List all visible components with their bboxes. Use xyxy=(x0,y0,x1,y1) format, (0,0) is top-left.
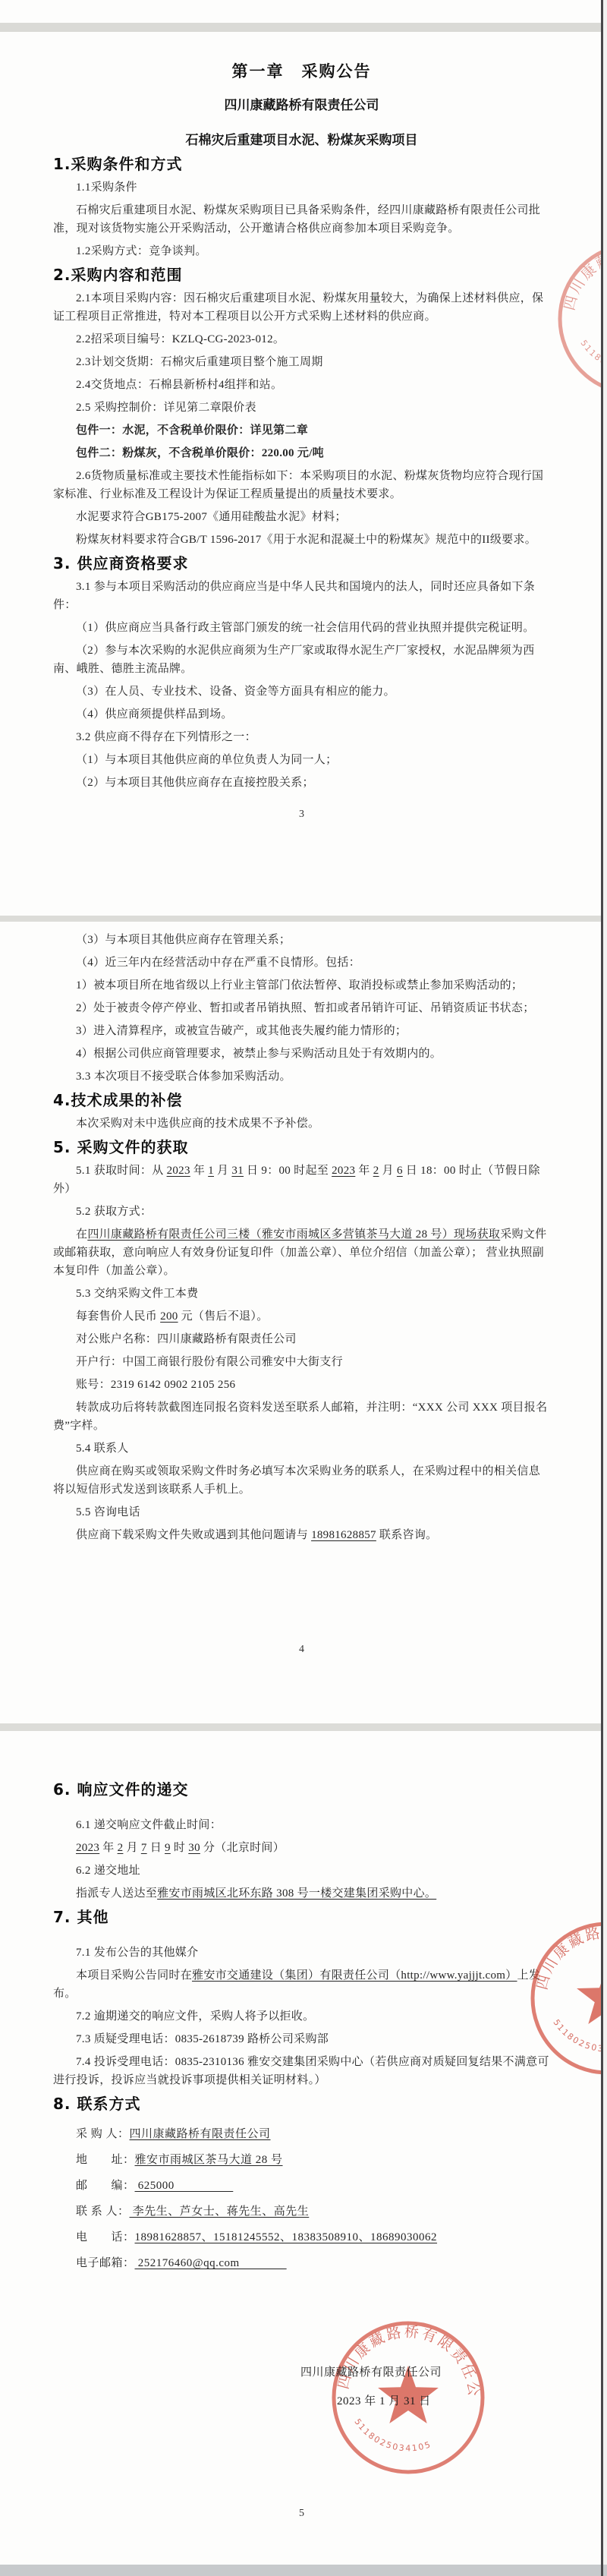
signature-company: 四川康藏路桥有限责任公司 xyxy=(300,2358,442,2387)
contact-line: 电子邮箱： 252176460@qq.com xyxy=(53,2253,550,2273)
text-segment: 3. 供应商资格要求 xyxy=(53,554,188,572)
text-segment: 2.6货物质量标准或主要技术性能指标如下：本采购项目的水泥、粉煤灰货物均应符合现… xyxy=(53,470,543,500)
text-segment: 7.1 发布公告的其他媒介 xyxy=(76,1947,198,1959)
paragraph: 7.1 发布公告的其他媒介 xyxy=(53,1944,550,1962)
section-heading: 4.技术成果的补偿 xyxy=(53,1090,550,1110)
text-segment: （3）与本项目其他供应商存在管理关系； xyxy=(76,934,291,946)
text-segment: 年 xyxy=(190,1165,208,1177)
text-segment: （1）与本项目其他供应商的单位负责人为同一人； xyxy=(76,754,337,766)
underlined-value: 1 xyxy=(208,1165,214,1177)
text-segment: 日 9：00 时起至 xyxy=(244,1165,332,1177)
paragraph: （1）供应商应当具备行政主管部门颁发的统一社会信用代码的营业执照并提供完税证明。 xyxy=(53,619,550,637)
page-number: 4 xyxy=(0,1644,603,1656)
section-heading: 1.采购条件和方式 xyxy=(53,154,550,174)
paragraph: 6.2 递交地址 xyxy=(53,1862,550,1880)
text-segment: 5.4 联系人 xyxy=(76,1442,129,1455)
scan-edge-line xyxy=(601,0,603,2576)
underlined-value: 2023 xyxy=(76,1842,99,1854)
paragraph: 5.4 联系人 xyxy=(53,1439,550,1458)
paragraph: 2.5 采购控制价：详见第二章限价表 xyxy=(53,399,550,417)
underlined-value: 2023 xyxy=(167,1165,190,1177)
paragraph: 5.2 获取方式： xyxy=(53,1203,550,1221)
contact-line: 采 购 人：四川康藏路桥有限责任公司 xyxy=(53,2124,550,2144)
text-segment: 转款成功后将转款截图连同报名资料发送至联系人邮箱，并注明：“XXX 公司 XXX… xyxy=(53,1402,547,1432)
text-segment: 月 xyxy=(379,1165,397,1177)
signature-date: 2023 年 1 月 31 日 xyxy=(300,2387,442,2416)
text-segment: 2）处于被责令停产停业、暂扣或者吊销执照、暂扣或者吊销许可证、吊销资质证书状态； xyxy=(76,1002,535,1014)
underlined-value: 18981628857 xyxy=(311,1529,376,1541)
paragraph: 2.3计划交货期：石棉灾后重建项目整个施工周期 xyxy=(53,353,550,371)
paragraph: 3.2 供应商不得存在下列情形之一： xyxy=(53,728,550,746)
text-segment: 年 xyxy=(355,1165,373,1177)
paragraph: 3.3 本次项目不接受联合体参加采购活动。 xyxy=(53,1067,550,1086)
paragraph: 每套售价人民币 200 元（售后不退）。 xyxy=(53,1307,550,1326)
text-segment: 8. 联系方式 xyxy=(53,2095,140,2113)
underlined-value: 雅安市雨城区北环东路 308 号一楼交建集团采购中心。 xyxy=(157,1887,436,1900)
paragraph: 3.1 参与本项目采购活动的供应商应当是中华人民共和国境内的法人，同时还应具备如… xyxy=(53,578,550,614)
paragraph: 账号：2319 6142 0902 2105 256 xyxy=(53,1376,550,1394)
contact-line: 地 址：雅安市雨城区茶马大道 28 号 xyxy=(53,2150,550,2170)
paragraph: 2）处于被责令停产停业、暂扣或者吊销执照、暂扣或者吊销许可证、吊销资质证书状态； xyxy=(53,999,550,1017)
paragraph: 转款成功后将转款截图连同报名资料发送至联系人邮箱，并注明：“XXX 公司 XXX… xyxy=(53,1398,550,1435)
text-segment: 3.1 参与本项目采购活动的供应商应当是中华人民共和国境内的法人，同时还应具备如… xyxy=(53,581,535,611)
text-segment: 地 址： xyxy=(76,2154,135,2166)
paragraph: 供应商在购买或领取采购文件时务必填写本次采购业务的联系人，在采购过程中的相关信息… xyxy=(53,1462,550,1499)
text-segment: 月 xyxy=(214,1165,231,1177)
paragraph: 对公账户名称：四川康藏路桥有限责任公司 xyxy=(53,1330,550,1348)
text-segment: 每套售价人民币 xyxy=(76,1310,160,1323)
paragraph: 开户行：中国工商银行股份有限公司雅安中大街支行 xyxy=(53,1353,550,1371)
text-segment: 电子邮箱： xyxy=(76,2257,135,2269)
paragraph: 包件一：水泥，不含税单价限价：详见第二章 xyxy=(53,421,550,440)
scanned-procurement-document: 第一章 采购公告四川康藏路桥有限责任公司石棉灾后重建项目水泥、粉煤灰采购项目1.… xyxy=(0,0,607,2576)
page-number: 5 xyxy=(0,2508,603,2520)
underlined-value: 9 xyxy=(165,1842,171,1854)
text-segment: 2.2招采项目编号：KZLQ-CG-2023-012。 xyxy=(76,333,285,345)
paragraph: 2.6货物质量标准或主要技术性能指标如下：本采购项目的水泥、粉煤灰货物均应符合现… xyxy=(53,467,550,503)
text-segment: 供应商下载采购文件失败或遇到其他问题请与 xyxy=(76,1529,311,1541)
paragraph: 本项目采购公告同时在雅安市交通建设（集团）有限责任公司（http://www.y… xyxy=(53,1966,550,2003)
text-segment: 第一章 采购公告 xyxy=(232,62,372,80)
text-segment: 220.00 元/吨 xyxy=(262,447,324,459)
text-segment: 电 话： xyxy=(76,2231,135,2243)
text-segment: 3）进入清算程序，或被宣告破产，或其他丧失履约能力情形的； xyxy=(76,1025,407,1037)
underlined-value: 6 xyxy=(397,1165,403,1177)
text-segment: 1.采购条件和方式 xyxy=(53,155,183,173)
text-segment: 1.1采购条件 xyxy=(76,181,137,194)
seal-serial-text: 5118025034105 xyxy=(551,2017,603,2054)
paragraph: 水泥要求符合GB175-2007《通用硅酸盐水泥》材料； xyxy=(53,508,550,526)
text-segment: 对公账户名称：四川康藏路桥有限责任公司 xyxy=(76,1333,297,1345)
text-segment: 5.1 获取时间：从 xyxy=(76,1165,167,1177)
seal-company-text: 四川康藏路桥有限责任公司 xyxy=(525,1916,603,2000)
seal-serial-text: 5118025034105 xyxy=(578,338,603,374)
paragraph: （3）在人员、专业技术、设备、资金等方面具有相应的能力。 xyxy=(53,683,550,701)
signature-block: 四川康藏路桥有限责任公司 2023 年 1 月 31 日 xyxy=(300,2358,442,2416)
text-segment: 1.2采购方式：竞争谈判。 xyxy=(76,245,207,257)
paragraph: 5.5 咨询电话 xyxy=(53,1503,550,1521)
page-2-content: （3）与本项目其他供应商存在管理关系；（4）近三年内在经营活动中存在严重不良情形… xyxy=(53,931,550,1544)
contact-line: 邮 编： 625000 xyxy=(53,2176,550,2196)
contact-line: 电 话：18981628857、15181245552、18383508910、… xyxy=(53,2228,550,2247)
text-segment: 5.5 咨询电话 xyxy=(76,1506,140,1518)
text-segment: 石棉灾后重建项目水泥、粉煤灰采购项目 xyxy=(186,133,418,148)
text-segment: （3）在人员、专业技术、设备、资金等方面具有相应的能力。 xyxy=(76,686,395,698)
text-segment: 4.技术成果的补偿 xyxy=(53,1091,183,1109)
underlined-value: 雅安市雨城区茶马大道 28 号 xyxy=(135,2154,283,2166)
paragraph: 7.3 质疑受理电话：0835-2618739 路桥公司采购部 xyxy=(53,2030,550,2048)
paragraph: （2）与本项目其他供应商存在直接控股关系； xyxy=(53,774,550,792)
paragraph: （3）与本项目其他供应商存在管理关系； xyxy=(53,931,550,949)
underlined-value: 7 xyxy=(141,1842,147,1854)
paragraph: 6.1 递交响应文件截止时间： xyxy=(53,1816,550,1834)
text-segment: 7.3 质疑受理电话：0835-2618739 路桥公司采购部 xyxy=(76,2033,329,2045)
underlined-value: 31 xyxy=(231,1165,244,1177)
text-segment: （4）供应商须提供样品到场。 xyxy=(76,708,233,720)
paragraph: 4）根据公司供应商管理要求，被禁止参与采购活动且处于有效期内的。 xyxy=(53,1045,550,1063)
section-heading: 7. 其他 xyxy=(53,1907,550,1927)
text-segment: 4）根据公司供应商管理要求，被禁止参与采购活动且处于有效期内的。 xyxy=(76,1048,442,1060)
text-segment: 2.5 采购控制价：详见第二章限价表 xyxy=(76,402,256,414)
underlined-value: 李先生、芦女士、蒋先生、高先生 xyxy=(130,2206,310,2218)
section-heading: 5. 采购文件的获取 xyxy=(53,1137,550,1157)
text-segment: 分（北京时间） xyxy=(200,1842,285,1854)
document-page-1: 第一章 采购公告四川康藏路桥有限责任公司石棉灾后重建项目水泥、粉煤灰采购项目1.… xyxy=(0,0,603,916)
document-page-2: （3）与本项目其他供应商存在管理关系；（4）近三年内在经营活动中存在严重不良情形… xyxy=(0,922,603,1723)
underlined-value: 雅安市交通建设（集团）有限责任公司（http://www.yajjjt.com） xyxy=(192,1969,517,1982)
paragraph: 1）被本项目所在地省级以上行业主管部门依法暂停、取消投标或禁止参加采购活动的； xyxy=(53,976,550,995)
text-segment: 7. 其他 xyxy=(53,1908,109,1926)
text-segment: 邮 编： xyxy=(76,2180,135,2192)
scan-edge-strip-bottom xyxy=(0,2565,607,2576)
underlined-value: 2 xyxy=(373,1165,379,1177)
paragraph: 3）进入清算程序，或被宣告破产，或其他丧失履约能力情形的； xyxy=(53,1022,550,1040)
text-segment: 5.3 交纳采购文件工本费 xyxy=(76,1288,198,1300)
text-segment: 2.3计划交货期：石棉灾后重建项目整个施工周期 xyxy=(76,356,323,368)
underlined-value: 18981628857、15181245552、18383508910、1868… xyxy=(135,2231,438,2243)
paragraph: 1.1采购条件 xyxy=(53,178,550,197)
text-segment: 5.2 获取方式： xyxy=(76,1206,152,1218)
text-segment: 包件二：粉煤灰，不含税单价限价： xyxy=(76,447,262,459)
page-3-content: 6. 响应文件的递交6.1 递交响应文件截止时间：2023 年 2 月 7 日 … xyxy=(53,1780,550,2273)
paragraph: 2.4交货地点：石棉县新桥村4组拌和站。 xyxy=(53,376,550,394)
paragraph: （4）近三年内在经营活动中存在严重不良情形。包括： xyxy=(53,954,550,972)
text-segment: 3.3 本次项目不接受联合体参加采购活动。 xyxy=(76,1070,291,1083)
text-segment: 1）被本项目所在地省级以上行业主管部门依法暂停、取消投标或禁止参加采购活动的； xyxy=(76,979,523,992)
document-page-3: 6. 响应文件的递交6.1 递交响应文件截止时间：2023 年 2 月 7 日 … xyxy=(0,1731,603,2565)
section-heading: 2.采购内容和范围 xyxy=(53,265,550,285)
underlined-value: 625000 xyxy=(135,2180,234,2192)
text-segment: 3.2 供应商不得存在下列情形之一： xyxy=(76,731,256,743)
page-separator xyxy=(0,916,603,922)
official-seal-stamp-partial: 四川康藏路桥有限责任公司 5118025034105 xyxy=(525,1916,603,2080)
scan-edge-strip-top xyxy=(0,23,601,32)
paragraph: 包件二：粉煤灰，不含税单价限价：220.00 元/吨 xyxy=(53,444,550,462)
paragraph: 2.2招采项目编号：KZLQ-CG-2023-012。 xyxy=(53,330,550,348)
section-heading: 3. 供应商资格要求 xyxy=(53,553,550,573)
text-segment: （2）参与本次采购的水泥供应商须为生产厂家或取得水泥生产厂家授权，水泥品牌须为西… xyxy=(53,645,535,675)
underlined-value: 四川康藏路桥有限责任公司三楼（雅安市雨城区多营镇茶马大道 28 号）现场获取 xyxy=(87,1228,500,1241)
page-1-content: 第一章 采购公告四川康藏路桥有限责任公司石棉灾后重建项目水泥、粉煤灰采购项目1.… xyxy=(53,61,550,792)
text-segment: 粉煤灰材料要求符合GB/T 1596-2017《用于水泥和混凝土中的粉煤灰》规范… xyxy=(76,534,536,546)
paragraph: 7.2 逾期递交的响应文件，采购人将予以拒收。 xyxy=(53,2007,550,2026)
text-segment: 7.2 逾期递交的响应文件，采购人将予以拒收。 xyxy=(76,2010,314,2023)
text-segment: 账号：2319 6142 0902 2105 256 xyxy=(76,1379,235,1391)
text-segment: 6.1 递交响应文件截止时间： xyxy=(76,1819,222,1831)
paragraph: 7.4 投诉受理电话：0835-2310136 雅安交建集团采购中心（若供应商对… xyxy=(53,2053,550,2089)
page-number: 3 xyxy=(0,809,603,821)
text-segment: （4）近三年内在经营活动中存在严重不良情形。包括： xyxy=(76,957,360,969)
text-segment: 水泥要求符合GB175-2007《通用硅酸盐水泥》材料； xyxy=(76,511,347,523)
text-segment: 本次采购对未中选供应商的技术成果不予补偿。 xyxy=(76,1118,319,1130)
text-segment: 包件一：水泥，不含税单价限价：详见第二章 xyxy=(76,424,308,437)
document-subtitle: 四川康藏路桥有限责任公司 xyxy=(53,96,550,115)
paragraph: 5.3 交纳采购文件工本费 xyxy=(53,1285,550,1303)
page-separator xyxy=(0,1723,603,1731)
text-segment: （2）与本项目其他供应商存在直接控股关系； xyxy=(76,777,314,789)
text-segment: 供应商在购买或领取采购文件时务必填写本次采购业务的联系人，在采购过程中的相关信息… xyxy=(53,1465,540,1496)
text-segment: 7.4 投诉受理电话：0835-2310136 雅安交建集团采购中心（若供应商对… xyxy=(53,2056,549,2086)
paragraph: （2）参与本次采购的水泥供应商须为生产厂家或取得水泥生产厂家授权，水泥品牌须为西… xyxy=(53,642,550,678)
paragraph: 2023 年 2 月 7 日 9 时 30 分（北京时间） xyxy=(53,1839,550,1857)
text-segment: （1）供应商应当具备行政主管部门颁发的统一社会信用代码的营业执照并提供完税证明。 xyxy=(76,622,535,634)
text-segment: 联系咨询。 xyxy=(376,1529,438,1541)
section-heading: 6. 响应文件的递交 xyxy=(53,1780,550,1799)
underlined-value: 30 xyxy=(188,1842,200,1854)
underlined-value: 252176460@qq.com xyxy=(135,2257,287,2269)
paragraph: 石棉灾后重建项目水泥、粉煤灰采购项目已具备采购条件，经四川康藏路桥有限责任公司批… xyxy=(53,201,550,238)
text-segment: 时 xyxy=(171,1842,188,1854)
text-segment: 在 xyxy=(76,1228,87,1241)
text-segment: 石棉灾后重建项目水泥、粉煤灰采购项目已具备采购条件，经四川康藏路桥有限责任公司批… xyxy=(53,204,540,235)
text-segment: 指派专人送达至 xyxy=(76,1887,157,1900)
text-segment: 本项目采购公告同时在 xyxy=(76,1969,192,1982)
document-subtitle: 石棉灾后重建项目水泥、粉煤灰采购项目 xyxy=(53,131,550,150)
paragraph: 本次采购对未中选供应商的技术成果不予补偿。 xyxy=(53,1115,550,1133)
paragraph: 指派专人送达至雅安市雨城区北环东路 308 号一楼交建集团采购中心。 xyxy=(53,1884,550,1903)
paragraph: 供应商下载采购文件失败或遇到其他问题请与 18981628857 联系咨询。 xyxy=(53,1526,550,1544)
paragraph: 1.2采购方式：竞争谈判。 xyxy=(53,242,550,260)
paragraph: （4）供应商须提供样品到场。 xyxy=(53,705,550,724)
paragraph: 5.1 获取时间：从 2023 年 1 月 31 日 9：00 时起至 2023… xyxy=(53,1162,550,1198)
text-segment: 年 xyxy=(99,1842,117,1854)
text-segment: 联 系 人： xyxy=(76,2206,130,2218)
underlined-value: 200 xyxy=(160,1310,178,1323)
contact-line: 联 系 人： 李先生、芦女士、蒋先生、高先生 xyxy=(53,2202,550,2221)
chapter-title: 第一章 采购公告 xyxy=(53,61,550,83)
text-segment: 6.2 递交地址 xyxy=(76,1865,140,1877)
text-segment: 开户行：中国工商银行股份有限公司雅安中大街支行 xyxy=(76,1356,343,1368)
text-segment: 采 购 人： xyxy=(76,2128,130,2140)
text-segment: 四川康藏路桥有限责任公司 xyxy=(225,98,379,113)
paragraph: 粉煤灰材料要求符合GB/T 1596-2017《用于水泥和混凝土中的粉煤灰》规范… xyxy=(53,531,550,549)
text-segment: 元（售后不退）。 xyxy=(178,1310,269,1323)
underlined-value: 四川康藏路桥有限责任公司 xyxy=(130,2128,271,2140)
seal-serial-text: 5118025034105 xyxy=(352,2417,432,2453)
text-segment: 5. 采购文件的获取 xyxy=(53,1138,188,1156)
text-segment: 2.采购内容和范围 xyxy=(53,266,183,284)
text-segment: 月 xyxy=(123,1842,140,1854)
paragraph: （1）与本项目其他供应商的单位负责人为同一人； xyxy=(53,751,550,769)
text-segment: 日 xyxy=(147,1842,165,1854)
text-segment: 2.4交货地点：石棉县新桥村4组拌和站。 xyxy=(76,379,282,391)
paragraph: 在四川康藏路桥有限责任公司三楼（雅安市雨城区多营镇茶马大道 28 号）现场获取采… xyxy=(53,1225,550,1280)
seal-star-icon xyxy=(577,1966,603,2024)
text-segment: 6. 响应文件的递交 xyxy=(53,1780,188,1799)
paragraph: 2.1本项目采购内容：因石棉灾后重建项目水泥、粉煤灰用量较大，为确保上述材料供应… xyxy=(53,289,550,326)
underlined-value: 2023 xyxy=(332,1165,355,1177)
text-segment: 2.1本项目采购内容：因石棉灾后重建项目水泥、粉煤灰用量较大，为确保上述材料供应… xyxy=(53,292,543,323)
official-seal-stamp-partial: 四川康藏路桥有限责任公司 5118025034105 xyxy=(552,237,603,401)
section-heading: 8. 联系方式 xyxy=(53,2094,550,2114)
